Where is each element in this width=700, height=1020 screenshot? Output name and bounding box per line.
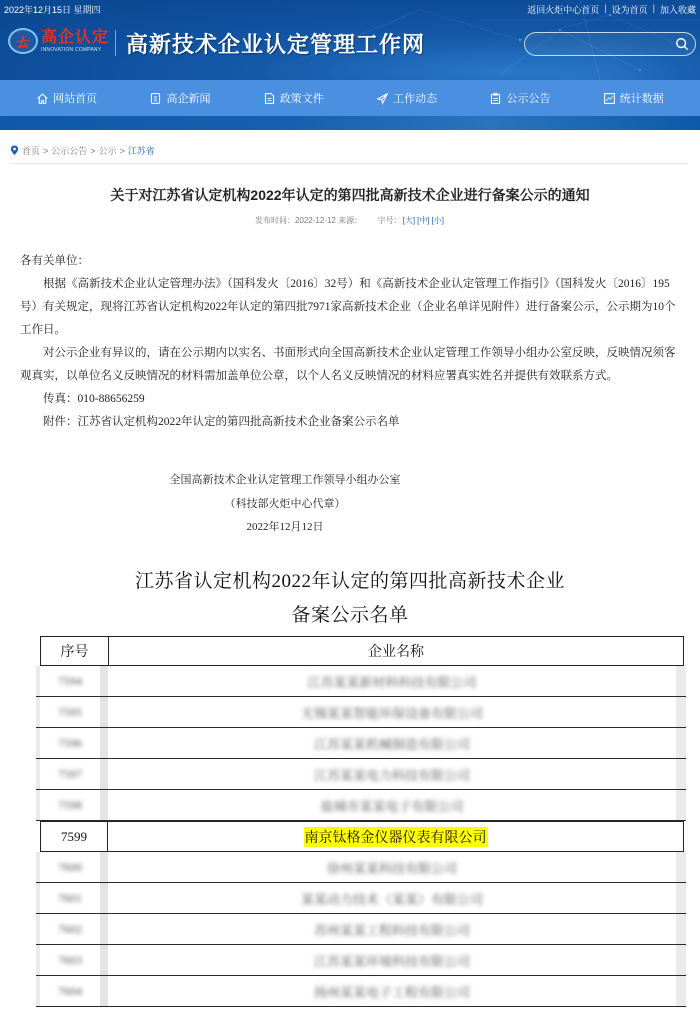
breadcrumb-separator: > [43,146,48,156]
company-name: 江苏某某机械制造有限公司 [314,734,470,753]
chart-icon [603,92,616,105]
divider: | [604,3,606,16]
attachment-line[interactable]: 附件：江苏省认定机构2022年认定的第四批高新技术企业备案公示名单 [20,411,684,434]
row-number: 7596 [58,736,82,751]
breadcrumb-public-notice[interactable]: 公示 [99,144,117,157]
nav-label: 工作动态 [393,90,437,106]
paragraph: 根据《高新技术企业认定管理办法》（国科发火〔2016〕32号）和《高新技术企业认… [20,273,684,342]
article-title: 关于对江苏省认定机构2022年认定的第四批高新技术企业进行备案公示的通知 [0,185,700,205]
company-list-table: 序号 企业名称 7594 江苏某某新材料科技有限公司 7595 无锡某某智能环保… [40,636,684,1007]
breadcrumb-separator: > [120,146,125,156]
nav-label: 政策文件 [280,90,324,106]
font-size-large[interactable]: [大] [403,216,415,225]
search-icon[interactable] [675,37,689,51]
company-name-highlighted: 南京钛格金仪器仪表有限公司 [304,827,488,847]
link-add-favorite[interactable]: 加入收藏 [660,3,696,16]
publish-date: 2022-12-12 [295,216,336,225]
fax-line: 传真：010-88656259 [20,388,684,411]
row-number: 7598 [58,798,82,813]
nav-label: 统计数据 [620,90,664,106]
table-row: 7595 无锡某某智能环保设备有限公司 [36,697,686,728]
row-number: 7604 [58,984,82,999]
breadcrumb-separator: > [90,146,95,156]
article-body: 各有关单位： 根据《高新技术企业认定管理办法》（国科发火〔2016〕32号）和《… [20,250,684,434]
column-header-company: 企业名称 [109,637,683,665]
list-title-line2: 备案公示名单 [0,600,700,627]
divider: | [653,3,655,16]
company-name: 盐城市某某电子有限公司 [320,796,463,815]
document-icon [263,92,276,105]
nav-item-home[interactable]: 网站首页 [36,90,97,106]
nav-label: 网站首页 [53,90,97,106]
paragraph: 对公示企业有异议的，请在公示期内以实名、书面形式向全国高新技术企业认定管理工作领… [20,342,684,388]
company-name: 扬州某某电子工程有限公司 [314,982,470,1001]
salutation: 各有关单位： [20,250,684,273]
site-logo[interactable]: ㄊ 高企认定 INNOVATION COMPANY [8,28,109,54]
column-header-number: 序号 [41,637,109,665]
font-size-control: 字号：[大][中][小] [378,216,445,225]
table-row: 7597 江苏某某电力科技有限公司 [36,759,686,790]
link-torch-home[interactable]: 返回火炬中心首页 [527,3,599,16]
nav-label: 高企新闻 [166,90,210,106]
location-pin-icon [10,145,19,156]
current-date: 2022年12月15日 星期四 [4,3,101,16]
signature-date: 2022年12月12日 [0,518,570,534]
search-box[interactable] [524,32,696,56]
company-name: 某某动力技术（某某）有限公司 [301,889,483,908]
table-row-highlighted: 7599 南京钛格金仪器仪表有限公司 [40,821,684,852]
row-number: 7594 [58,674,82,689]
row-number: 7597 [58,767,82,782]
logo-text-cn: 高企认定 [41,29,109,47]
nav-item-work-updates[interactable]: 工作动态 [376,90,437,106]
nav-item-news[interactable]: 高企新闻 [149,90,210,106]
nav-decoration-strip [0,116,700,130]
row-number: 7600 [58,860,82,875]
table-row: 7594 江苏某某新材料科技有限公司 [36,666,686,697]
table-row: 7603 江苏某某环境科技有限公司 [36,945,686,976]
signature-org: 全国高新技术企业认定管理工作领导小组办公室 [0,471,570,487]
table-row: 7598 盐城市某某电子有限公司 [36,790,686,821]
link-set-homepage[interactable]: 设为首页 [612,3,648,16]
table-row: 7604 扬州某某电子工程有限公司 [36,976,686,1007]
font-size-label: 字号： [378,216,402,225]
breadcrumb-current[interactable]: 江苏省 [128,144,155,157]
paper-plane-icon [376,92,389,105]
site-title: 高新技术企业认定管理工作网 [126,28,425,59]
logo-mark-icon: ㄊ [8,28,38,54]
table-row: 7596 江苏某某机械制造有限公司 [36,728,686,759]
row-number: 7603 [58,953,82,968]
signature-seal: （科技部火炬中心代章） [0,495,570,511]
company-name: 江苏某某新材料科技有限公司 [307,672,476,691]
nav-item-statistics[interactable]: 统计数据 [603,90,664,106]
row-number: 7595 [58,705,82,720]
company-name: 江苏某某电力科技有限公司 [314,765,470,784]
clipboard-icon [489,92,502,105]
divider [12,163,688,164]
breadcrumb: 首页 > 公示公告 > 公示 > 江苏省 [10,144,155,157]
main-nav: 网站首页 高企新闻 政策文件 工作动态 公示公告 统计数据 [0,80,700,116]
logo-text-en: INNOVATION COMPANY [41,47,109,53]
divider [115,30,116,56]
row-number: 7601 [58,891,82,906]
table-header: 序号 企业名称 [40,636,684,666]
company-name: 无锡某某智能环保设备有限公司 [301,703,483,722]
row-number: 7599 [41,822,108,851]
company-name: 徐州某某科技有限公司 [327,858,457,877]
home-icon [36,92,49,105]
nav-item-policy[interactable]: 政策文件 [263,90,324,106]
publish-label: 发布时间： [255,216,295,225]
news-icon [149,92,162,105]
nav-item-announcements[interactable]: 公示公告 [489,90,550,106]
breadcrumb-announcements[interactable]: 公示公告 [51,144,87,157]
company-name: 江苏某某环境科技有限公司 [314,951,470,970]
search-input[interactable] [533,33,678,53]
font-size-small[interactable]: [小] [432,216,444,225]
table-row: 7601 某某动力技术（某某）有限公司 [36,883,686,914]
table-row: 7602 苏州某某工程科技有限公司 [36,914,686,945]
font-size-medium[interactable]: [中] [417,216,429,225]
list-title-line1: 江苏省认定机构2022年认定的第四批高新技术企业 [0,566,700,593]
row-number: 7602 [58,922,82,937]
company-name: 苏州某某工程科技有限公司 [314,920,470,939]
table-row: 7600 徐州某某科技有限公司 [36,852,686,883]
article-meta: 发布时间：2022-12-12 来源： 字号：[大][中][小] [0,215,700,226]
site-header: 2022年12月15日 星期四 返回火炬中心首页 | 设为首页 | 加入收藏 ㄊ… [0,0,700,80]
source-label: 来源： [338,216,362,225]
top-links: 返回火炬中心首页 | 设为首页 | 加入收藏 [527,3,696,16]
nav-label: 公示公告 [506,90,550,106]
breadcrumb-home[interactable]: 首页 [22,144,40,157]
